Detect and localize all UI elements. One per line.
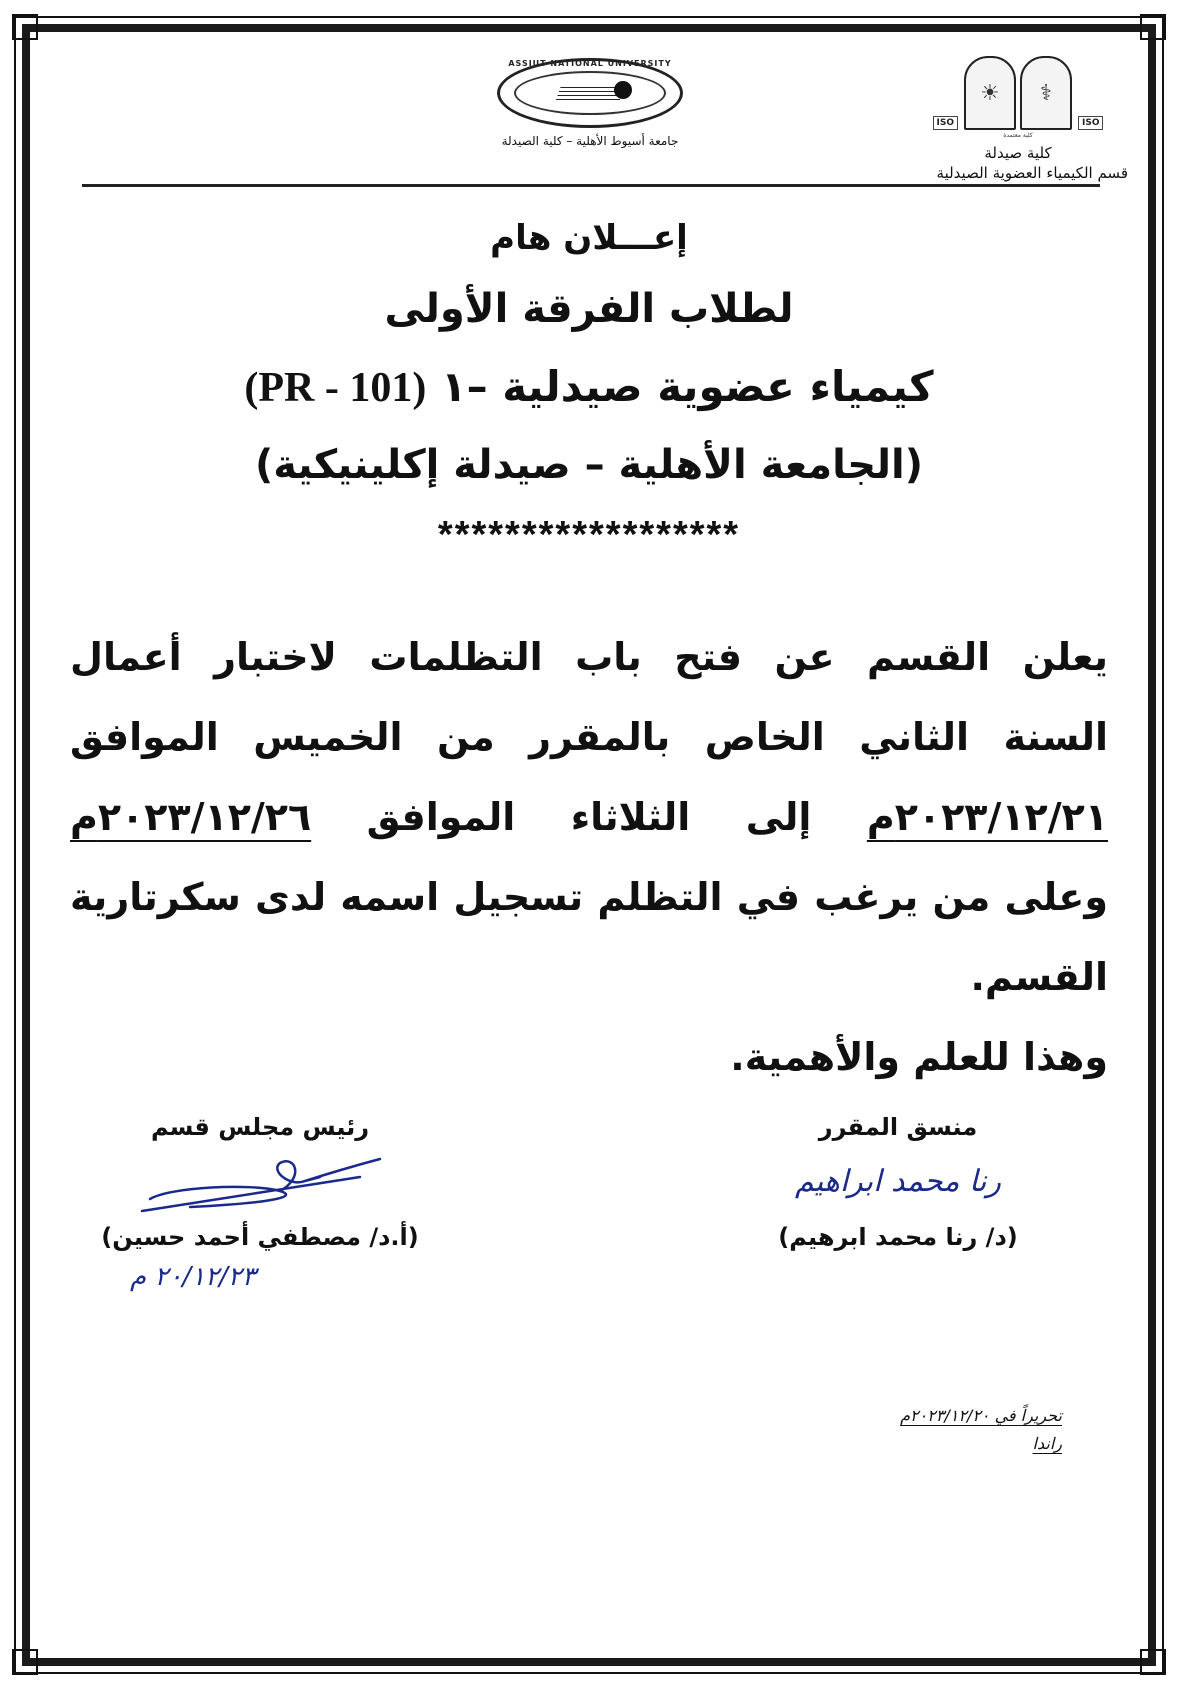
pharmacy-caduceus-logo-icon: ⚕ bbox=[1020, 56, 1072, 130]
body-line-3: ٢٠٢٣/١٢/٢١م إلى الثلاثاء الموافق ٢٠٢٣/١٢… bbox=[70, 777, 1108, 857]
date-range-connector: إلى الثلاثاء الموافق bbox=[367, 795, 812, 839]
announcement-titles: إعـــلان هام لطلاب الفرقة الأولى كيمياء … bbox=[30, 207, 1148, 565]
coordinator-signature-block: منسق المقرر رنا محمد ابراهيم (د/ رنا محم… bbox=[708, 1107, 1088, 1257]
coordinator-name: (د/ رنا محمد ابرهيم) bbox=[708, 1217, 1088, 1257]
written-on-date: تحريراً في ٢٠٢٣/١٢/٢٠م bbox=[900, 1402, 1062, 1430]
body-line-5: القسم. bbox=[70, 937, 1108, 1017]
iso-badge: ISO bbox=[933, 116, 958, 130]
body-line-2: السنة الثاني الخاص بالمقرر من الخميس الم… bbox=[70, 697, 1108, 777]
coordinator-title: منسق المقرر bbox=[708, 1107, 1088, 1147]
course-name: كيمياء عضوية صيدلية –١ bbox=[441, 362, 934, 411]
department-head-signature-icon bbox=[70, 1147, 450, 1217]
coordinator-handwritten-signature: رنا محمد ابراهيم bbox=[708, 1147, 1088, 1217]
faculty-header: ISO ⚕ ☀ ISO كلية معتمدة كلية صيدلة قسم ا… bbox=[908, 52, 1128, 182]
department-head-signature-block: رئيس مجلس قسم (أ.د/ مصطفي أحمد حسين) ٢٠/… bbox=[70, 1107, 450, 1297]
faculty-name: كلية صيدلة bbox=[908, 144, 1128, 162]
body-line-4: وعلى من يرغب في التظلم تسجيل اسمه لدى سك… bbox=[70, 857, 1108, 937]
department-name: قسم الكيمياء العضوية الصيدلية bbox=[908, 164, 1128, 182]
body-line-1: يعلن القسم عن فتح باب التظلمات لاختبار أ… bbox=[70, 617, 1108, 697]
announcement-page: ISO ⚕ ☀ ISO كلية معتمدة كلية صيدلة قسم ا… bbox=[30, 32, 1148, 1658]
course-code: (PR - 101) bbox=[244, 365, 426, 411]
university-emblem-logo-icon: ☀ bbox=[964, 56, 1016, 130]
typist-name: راندا bbox=[900, 1430, 1062, 1458]
university-header: ASSIUT NATIONAL UNIVERSITY جامعة أسيوط ا… bbox=[470, 58, 710, 148]
course-heading: كيمياء عضوية صيدلية –١ (PR - 101) bbox=[30, 349, 1148, 425]
footer-note: تحريراً في ٢٠٢٣/١٢/٢٠م راندا bbox=[900, 1402, 1062, 1458]
logo-caption: كلية معتمدة bbox=[908, 132, 1128, 140]
end-date: ٢٠٢٣/١٢/٢٦م bbox=[70, 795, 311, 839]
university-logo-icon: ASSIUT NATIONAL UNIVERSITY bbox=[497, 58, 683, 128]
announcement-audience: لطلاب الفرقة الأولى bbox=[30, 269, 1148, 349]
separator-stars: ****************** bbox=[30, 505, 1148, 565]
header-divider bbox=[82, 184, 1100, 187]
announcement-body: يعلن القسم عن فتح باب التظلمات لاختبار أ… bbox=[70, 617, 1108, 1097]
university-logo-text: ASSIUT NATIONAL UNIVERSITY bbox=[500, 59, 680, 68]
department-head-handwritten-date: ٢٠/١٢/٢٣ م bbox=[70, 1257, 450, 1297]
start-date: ٢٠٢٣/١٢/٢١م bbox=[867, 795, 1108, 839]
sun-icon bbox=[614, 81, 632, 99]
body-line-6: وهذا للعلم والأهمية. bbox=[70, 1017, 1108, 1097]
university-caption: جامعة أسيوط الأهلية – كلية الصيدلة bbox=[470, 134, 710, 148]
program-name: (الجامعة الأهلية – صيدلة إكلينيكية) bbox=[30, 425, 1148, 505]
department-head-name: (أ.د/ مصطفي أحمد حسين) bbox=[70, 1217, 450, 1257]
iso-badge: ISO bbox=[1078, 116, 1103, 130]
department-head-title: رئيس مجلس قسم bbox=[70, 1107, 450, 1147]
announcement-title: إعـــلان هام bbox=[30, 207, 1148, 269]
faculty-logos: ISO ⚕ ☀ ISO bbox=[908, 52, 1128, 130]
